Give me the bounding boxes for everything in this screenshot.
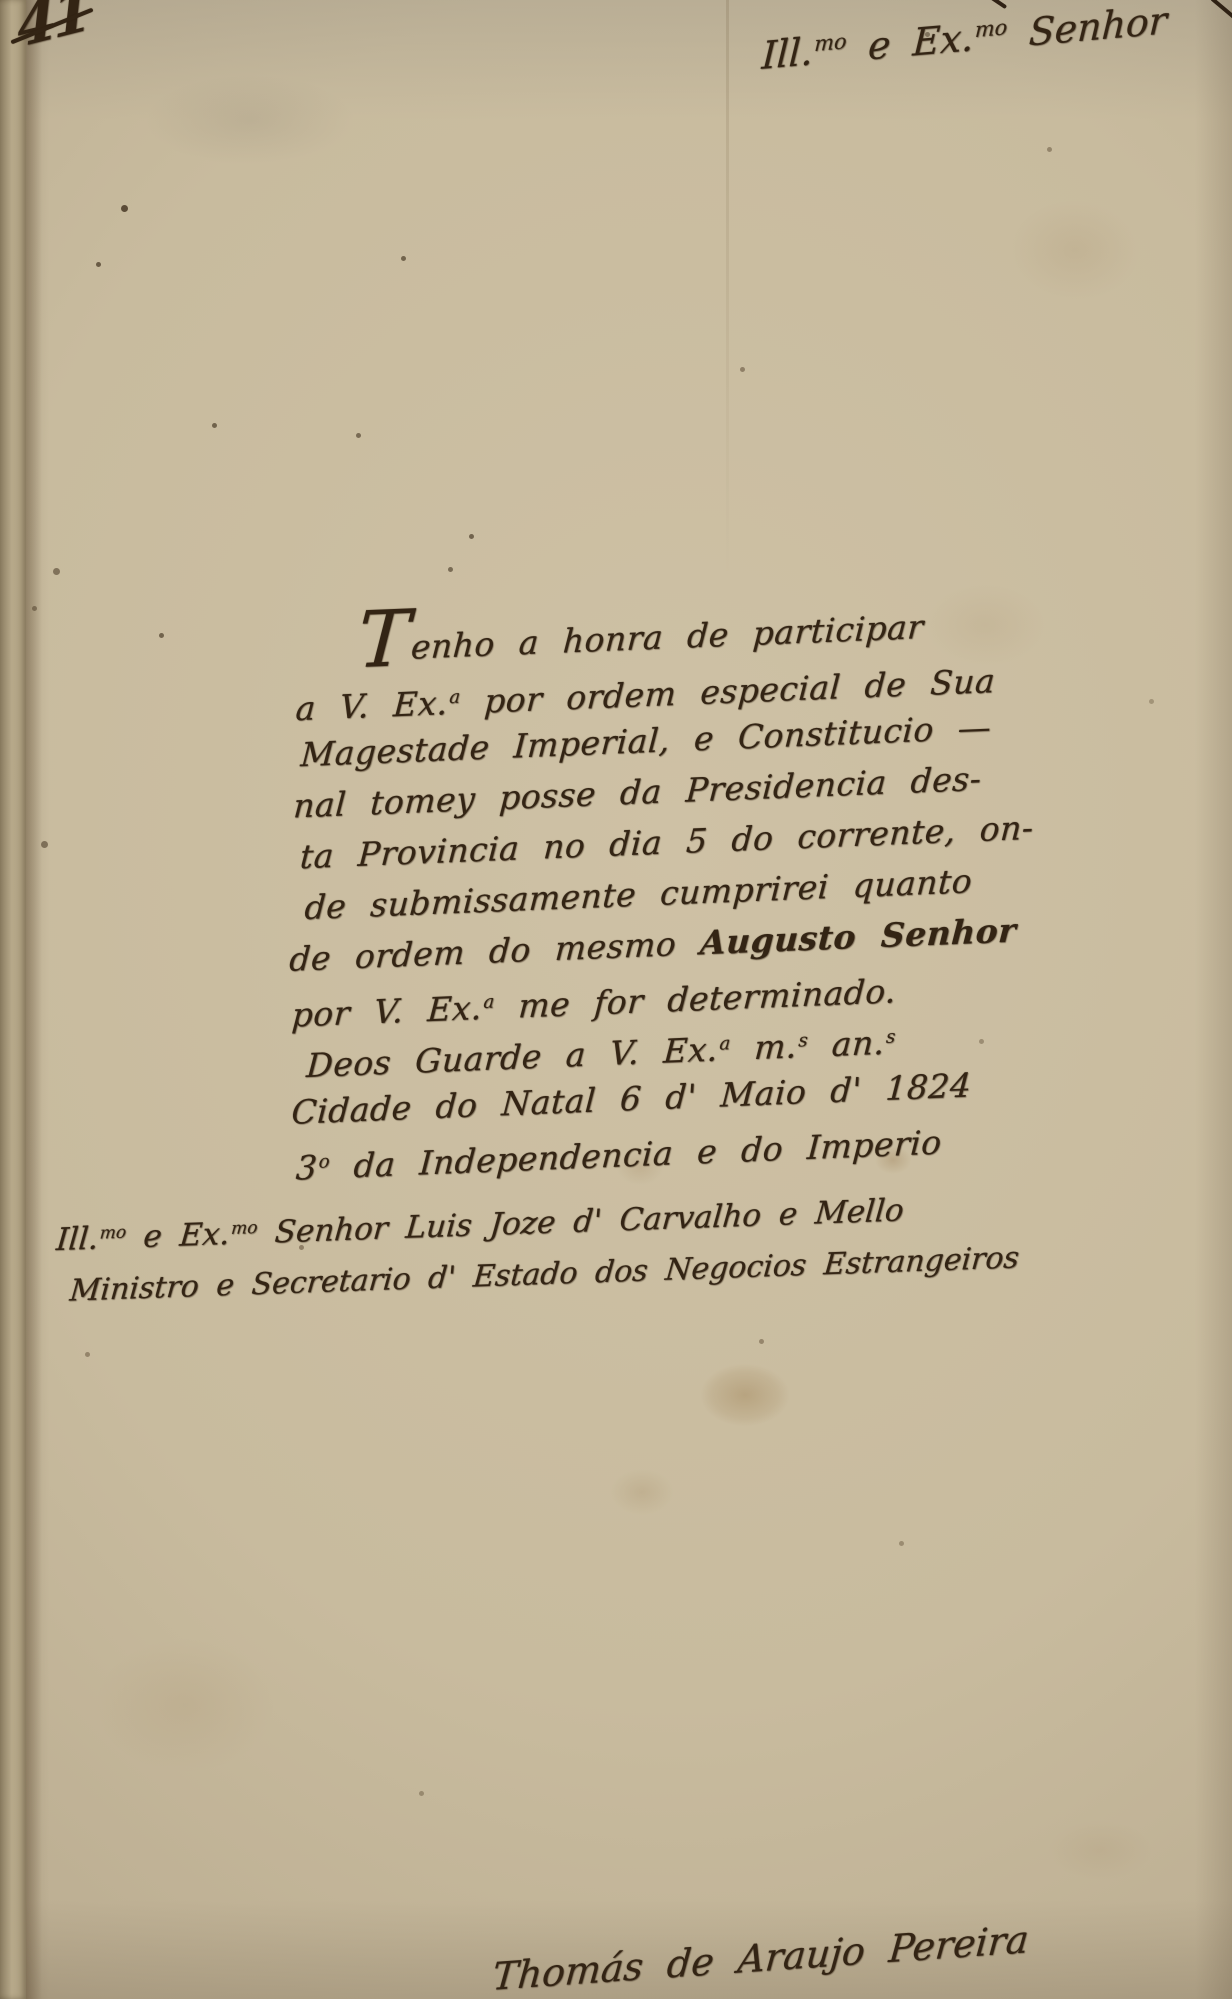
text-segment: Thomás de Araujo Pereira <box>491 1917 1031 1999</box>
text-segment: Augusto Senhor <box>699 911 1017 963</box>
vertical-paper-crease <box>726 0 729 580</box>
binding-edge <box>0 0 26 1999</box>
text-segment: da Independencia e do Imperio <box>329 1123 943 1187</box>
text-segment: Ill. <box>55 1221 100 1259</box>
text-segment: mo <box>99 1222 127 1243</box>
text-segment: m. <box>729 1026 798 1068</box>
salutation-heading: Ill.mo e Ex.mo Senhor <box>761 0 1168 78</box>
top-edge-ink-mark <box>977 0 1007 9</box>
addressee-block: Ill.mo e Ex.mo Senhor Luis Joze d' Carva… <box>50 1188 1025 1309</box>
text-segment: mo <box>975 16 1009 43</box>
letter-body: Tenho a honra de participara V. Ex.a por… <box>265 584 1002 1190</box>
text-segment: e Ex. <box>124 1216 231 1256</box>
text-segment: Ill. <box>761 29 815 78</box>
binding-crease <box>26 0 42 1999</box>
text-segment: Senhor Luis Joze d' Carvalho e Mello <box>255 1192 905 1251</box>
text-segment: a V. Ex. <box>294 683 449 728</box>
text-segment: e Ex. <box>845 15 975 71</box>
text-segment: s <box>885 1026 896 1047</box>
scanned-manuscript-page: { "document": { "folio_mark": "41", "hea… <box>0 0 1232 1999</box>
text-segment: mo <box>230 1218 258 1239</box>
top-right-ink-mark <box>1210 0 1232 19</box>
folio-number-mark: 41 <box>15 0 90 61</box>
signature: Thomás de Araujo Pereira <box>491 1917 1031 1999</box>
text-segment: an. <box>807 1023 886 1065</box>
text-segment: Senhor <box>1006 0 1168 56</box>
text-segment: T <box>355 594 415 686</box>
paper-background: 41 Ill.mo e Ex.mo Senhor Tenho a honra d… <box>0 0 1232 1999</box>
text-segment: 3 <box>295 1148 319 1188</box>
text-segment: por V. Ex. <box>291 988 484 1035</box>
text-segment: mo <box>814 30 848 57</box>
